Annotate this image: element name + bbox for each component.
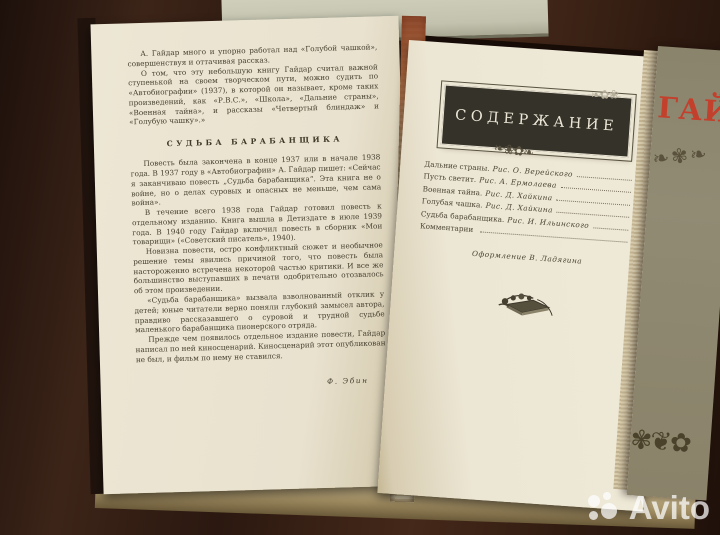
dot-leader <box>557 212 630 218</box>
avito-logo-icon <box>588 492 622 524</box>
dot-leader <box>593 227 628 230</box>
dot-leader <box>577 176 632 181</box>
left-page: А. Гайдар много и упорно работал над «Го… <box>90 16 411 494</box>
dot-leader <box>556 199 630 205</box>
neighbor-book-title: ГАЙДА <box>657 90 720 130</box>
toc-title: Дальние страны. <box>424 159 490 173</box>
dot-leader <box>561 187 631 193</box>
paragraph: Повесть была закончена в конце 1937 или … <box>130 153 381 209</box>
paragraph: О том, что эту небольшую книгу Гайдар сч… <box>128 62 380 128</box>
toc-illustrator: Рис. Д. Хайкина <box>485 201 553 215</box>
toc-title: Пусть светит. <box>423 172 476 185</box>
branch-ornament-icon: ❧✾❧ <box>651 141 709 171</box>
chapter-heading: СУДЬБА БАРАБАНЩИКА <box>130 133 380 150</box>
toc-illustrator: Рис. Д. Хайкина <box>485 188 553 202</box>
floral-ornament-icon: ✾❦✿ <box>629 425 690 459</box>
avito-watermark: Avito <box>588 489 710 527</box>
avito-watermark-text: Avito <box>629 489 710 527</box>
dot-leader <box>480 231 627 242</box>
toc-title: Голубая чашка. <box>421 196 482 209</box>
contents-title-box: ❧✿❀ СОДЕРЖАНИЕ ❧❀✿❧ <box>441 85 633 158</box>
toc-title: Комментарии <box>420 221 474 234</box>
floral-ornament-icon: ❧✿❀ <box>590 87 618 102</box>
toc-title: Военная тайна. <box>422 184 482 197</box>
contents-title: СОДЕРЖАНИЕ <box>455 107 619 134</box>
paragraph: Новизна повести, остро конфликтный сюжет… <box>133 241 384 297</box>
design-credit: Оформление В. Ладягина <box>394 243 660 271</box>
paragraph: Прежде чем появилось отдельное издание п… <box>135 328 386 364</box>
left-page-text: А. Гайдар много и упорно работал над «Го… <box>127 42 386 392</box>
floral-ornament-icon: ❧❀✿❧ <box>493 141 534 161</box>
book-flowers-vignette-icon <box>390 276 658 334</box>
table-of-contents: Дальние страны. Рис. О. Верейского 5 Пус… <box>420 159 654 246</box>
book-photo: А. Гайдар много и упорно работал над «Го… <box>0 0 720 535</box>
author-signature: Ф. Эбин <box>137 376 387 393</box>
